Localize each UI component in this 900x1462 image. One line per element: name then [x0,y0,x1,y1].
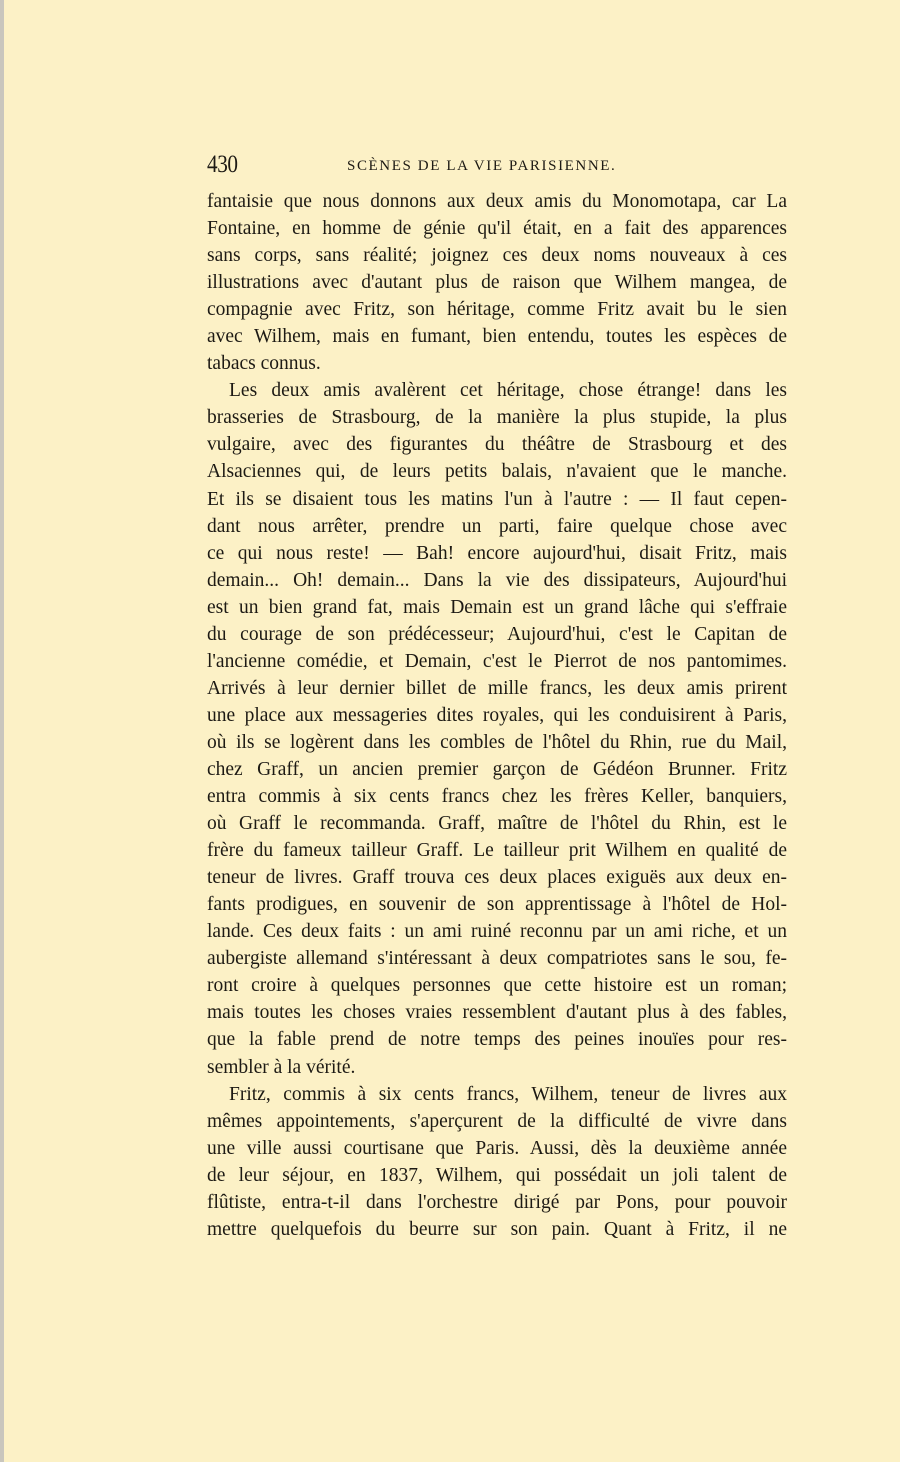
text-line: Alsaciennes qui, de leurs petits balais,… [207,458,787,485]
text-line: lande. Ces deux faits : un ami ruiné rec… [207,918,787,945]
text-line: est un bien grand fat, mais Demain est u… [207,594,787,621]
text-line: Fritz, commis à six cents francs, Wilhem… [207,1081,787,1108]
text-line: Fontaine, en homme de génie qu'il était,… [207,215,787,242]
text-line: ront croire à quelques personnes que cet… [207,972,787,999]
text-line: fantaisie que nous donnons aux deux amis… [207,188,787,215]
running-head: SCÈNES DE LA VIE PARISIENNE. [347,154,616,178]
text-line: une place aux messageries dites royales,… [207,702,787,729]
paragraph-2: Les deux amis avalèrent cet héritage, ch… [207,377,787,1080]
paragraph-3: Fritz, commis à six cents francs, Wilhem… [207,1081,787,1243]
text-line: brasseries de Strasbourg, de la manière … [207,404,787,431]
text-line: du courage de son prédécesseur; Aujourd'… [207,621,787,648]
page-header: 430 SCÈNES DE LA VIE PARISIENNE. [207,150,787,180]
text-line: chez Graff, un ancien premier garçon de … [207,756,787,783]
text-line: où Graff le recommanda. Graff, maître de… [207,810,787,837]
text-line: Et ils se disaient tous les matins l'un … [207,486,787,513]
text-line: ce qui nous reste! — Bah! encore aujourd… [207,540,787,567]
text-line: où ils se logèrent dans les combles de l… [207,729,787,756]
text-line: aubergiste allemand s'intéressant à deux… [207,945,787,972]
text-line: teneur de livres. Graff trouva ces deux … [207,864,787,891]
text-line: tabacs connus. [207,350,787,377]
book-page: 430 SCÈNES DE LA VIE PARISIENNE. fantais… [0,0,900,1462]
text-line: frère du fameux tailleur Graff. Le taill… [207,837,787,864]
text-line: flûtiste, entra-t-il dans l'orchestre di… [207,1189,787,1216]
text-line: mêmes appointements, s'aperçurent de la … [207,1108,787,1135]
text-line: demain... Oh! demain... Dans la vie des … [207,567,787,594]
text-line: compagnie avec Fritz, son héritage, comm… [207,296,787,323]
text-line: dant nous arrêter, prendre un parti, fai… [207,513,787,540]
text-line: entra commis à six cents francs chez les… [207,783,787,810]
paragraph-1: fantaisie que nous donnons aux deux amis… [207,188,787,377]
text-line: sembler à la vérité. [207,1054,787,1081]
text-line: Arrivés à leur dernier billet de mille f… [207,675,787,702]
text-line: illustrations avec d'autant plus de rais… [207,269,787,296]
text-line: mais toutes les choses vraies ressemblen… [207,999,787,1026]
page-number: 430 [207,150,238,180]
text-line: de leur séjour, en 1837, Wilhem, qui pos… [207,1162,787,1189]
text-line: avec Wilhem, mais en fumant, bien entend… [207,323,787,350]
text-line: fants prodigues, en souvenir de son appr… [207,891,787,918]
text-line: que la fable prend de notre temps des pe… [207,1026,787,1053]
text-line: l'ancienne comédie, et Demain, c'est le … [207,648,787,675]
text-line: sans corps, sans réalité; joignez ces de… [207,242,787,269]
text-line: Les deux amis avalèrent cet héritage, ch… [207,377,787,404]
text-line: mettre quelquefois du beurre sur son pai… [207,1216,787,1243]
body-text: fantaisie que nous donnons aux deux amis… [207,188,787,1243]
text-line: vulgaire, avec des figurantes du théâtre… [207,431,787,458]
text-line: une ville aussi courtisane que Paris. Au… [207,1135,787,1162]
